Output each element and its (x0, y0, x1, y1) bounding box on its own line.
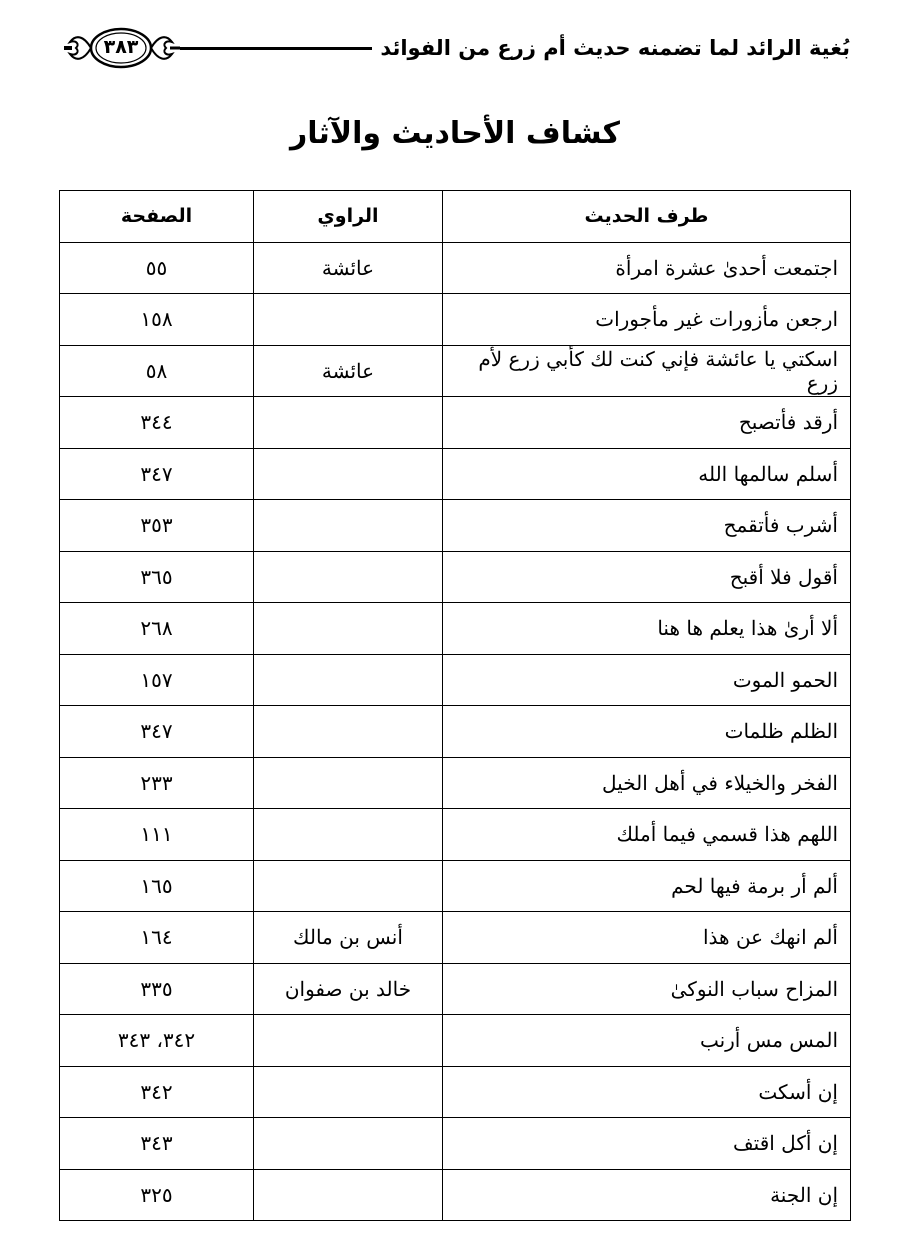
hadith-text: أسلم سالمها الله (442, 448, 850, 500)
narrator-name (254, 448, 443, 500)
narrator-name (254, 1118, 443, 1170)
narrator-name (254, 294, 443, 346)
hadith-text: ألم أر برمة فيها لحم (442, 860, 850, 912)
narrator-name (254, 1015, 443, 1067)
hadith-text: إن أسكت (442, 1066, 850, 1118)
narrator-name (254, 809, 443, 861)
narrator-name (254, 551, 443, 603)
hadith-text: ألا أرىٰ هذا يعلم ها هنا (442, 603, 850, 655)
table-row: أسلم سالمها الله٣٤٧ (60, 448, 851, 500)
page-reference: ٣٥٣ (60, 500, 254, 552)
table-header-row: طرف الحديث الراوي الصفحة (60, 191, 851, 243)
page-reference: ٥٥ (60, 242, 254, 294)
narrator-name (254, 500, 443, 552)
narrator-name: أنس بن مالك (254, 912, 443, 964)
page-title: كشاف الأحاديث والآثار (0, 116, 910, 151)
hadith-text: المزاح سباب النوكىٰ (442, 963, 850, 1015)
page-number-ornament: ٣٨٣ (62, 26, 180, 70)
hadith-text: الظلم ظلمات (442, 706, 850, 758)
page-reference: ٣٤٢ (60, 1066, 254, 1118)
page-reference: ١٥٧ (60, 654, 254, 706)
page-number: ٣٨٣ (62, 34, 180, 60)
hadith-text: اسكتي يا عائشة فإني كنت لك كأبي زرع لأم … (442, 345, 850, 397)
page-reference: ٣٤٧ (60, 706, 254, 758)
table-row: ألم انهك عن هذاأنس بن مالك١٦٤ (60, 912, 851, 964)
page-reference: ٣٤٤ (60, 397, 254, 449)
narrator-name (254, 757, 443, 809)
table-row: ألا أرىٰ هذا يعلم ها هنا٢٦٨ (60, 603, 851, 655)
table-row: أرقد فأتصبح٣٤٤ (60, 397, 851, 449)
page-reference: ٣٤٧ (60, 448, 254, 500)
narrator-name (254, 706, 443, 758)
page-reference: ٣٤٢، ٣٤٣ (60, 1015, 254, 1067)
running-header: ٣٨٣ بُغية الرائد لما تضمنه حديث أم زرع م… (62, 26, 850, 70)
narrator-name (254, 397, 443, 449)
page-reference: ١٦٤ (60, 912, 254, 964)
page-reference: ١٥٨ (60, 294, 254, 346)
table-row: المزاح سباب النوكىٰخالد بن صفوان٣٣٥ (60, 963, 851, 1015)
hadith-index-table: طرف الحديث الراوي الصفحة اجتمعت أحدىٰ عش… (59, 190, 851, 1221)
table-row: أقول فلا أقبح٣٦٥ (60, 551, 851, 603)
narrator-name: خالد بن صفوان (254, 963, 443, 1015)
hadith-text: إن الجنة (442, 1169, 850, 1221)
hadith-text: الفخر والخيلاء في أهل الخيل (442, 757, 850, 809)
hadith-text: أقول فلا أقبح (442, 551, 850, 603)
narrator-name: عائشة (254, 345, 443, 397)
table-row: ارجعن مأزورات غير مأجورات١٥٨ (60, 294, 851, 346)
table-row: ألم أر برمة فيها لحم١٦٥ (60, 860, 851, 912)
table-row: اجتمعت أحدىٰ عشرة امرأةعائشة٥٥ (60, 242, 851, 294)
narrator-name (254, 654, 443, 706)
narrator-name (254, 1169, 443, 1221)
page-reference: ٥٨ (60, 345, 254, 397)
hadith-text: أشرب فأتقمح (442, 500, 850, 552)
header-page: الصفحة (60, 191, 254, 243)
hadith-text: أرقد فأتصبح (442, 397, 850, 449)
narrator-name: عائشة (254, 242, 443, 294)
page-reference: ٢٦٨ (60, 603, 254, 655)
hadith-text: الحمو الموت (442, 654, 850, 706)
page-reference: ٢٣٣ (60, 757, 254, 809)
narrator-name (254, 1066, 443, 1118)
header-hadith: طرف الحديث (442, 191, 850, 243)
table-row: اللهم هذا قسمي فيما أملك١١١ (60, 809, 851, 861)
page-reference: ٣٢٥ (60, 1169, 254, 1221)
narrator-name (254, 860, 443, 912)
page-reference: ٣٤٣ (60, 1118, 254, 1170)
hadith-text: إن أكل اقتف (442, 1118, 850, 1170)
table-row: إن أكل اقتف٣٤٣ (60, 1118, 851, 1170)
header-rule (180, 47, 372, 50)
table-row: الحمو الموت١٥٧ (60, 654, 851, 706)
header-narrator: الراوي (254, 191, 443, 243)
page-reference: ٣٦٥ (60, 551, 254, 603)
page-reference: ١١١ (60, 809, 254, 861)
hadith-text: المس مس أرنب (442, 1015, 850, 1067)
table-row: المس مس أرنب٣٤٢، ٣٤٣ (60, 1015, 851, 1067)
hadith-text: ألم انهك عن هذا (442, 912, 850, 964)
hadith-text: ارجعن مأزورات غير مأجورات (442, 294, 850, 346)
table-row: اسكتي يا عائشة فإني كنت لك كأبي زرع لأم … (60, 345, 851, 397)
hadith-text: اللهم هذا قسمي فيما أملك (442, 809, 850, 861)
page-reference: ٣٣٥ (60, 963, 254, 1015)
page-reference: ١٦٥ (60, 860, 254, 912)
table-row: أشرب فأتقمح٣٥٣ (60, 500, 851, 552)
book-title: بُغية الرائد لما تضمنه حديث أم زرع من ال… (380, 36, 850, 60)
table-row: الفخر والخيلاء في أهل الخيل٢٣٣ (60, 757, 851, 809)
table-row: إن أسكت٣٤٢ (60, 1066, 851, 1118)
narrator-name (254, 603, 443, 655)
hadith-text: اجتمعت أحدىٰ عشرة امرأة (442, 242, 850, 294)
table-row: إن الجنة٣٢٥ (60, 1169, 851, 1221)
table-row: الظلم ظلمات٣٤٧ (60, 706, 851, 758)
